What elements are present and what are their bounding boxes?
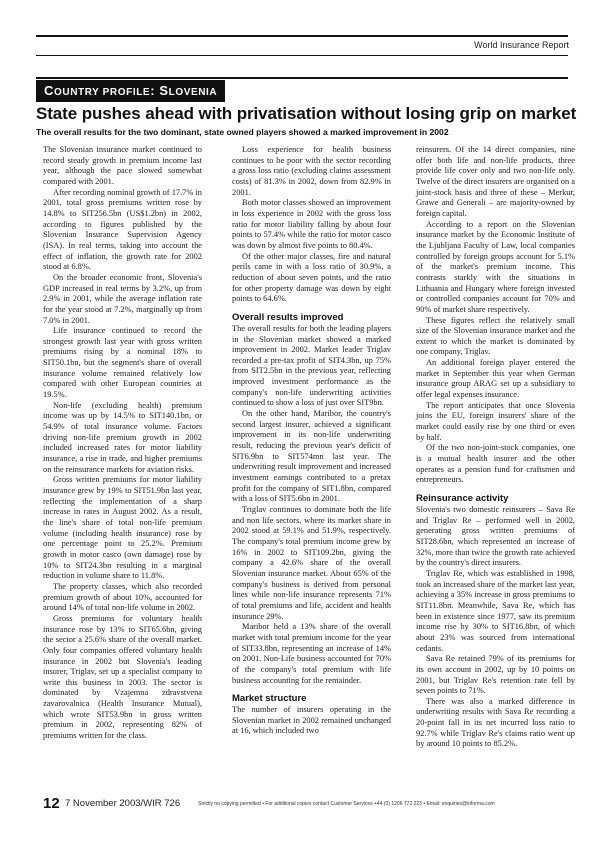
banner-text-1: C (44, 83, 54, 98)
paragraph: According to a report on the Slovenian i… (416, 220, 575, 316)
section-heading: Reinsurance activity (416, 493, 575, 504)
article-column-2: Loss experience for health business cont… (232, 145, 391, 737)
paragraph: The overall results for both the leading… (232, 324, 391, 409)
article-headline: State pushes ahead with privatisation wi… (36, 104, 566, 124)
paragraph: Of the two non-joint-stock companies, on… (416, 443, 575, 486)
paragraph: An additional foreign player entered the… (416, 358, 575, 401)
section-banner: COUNTRY PROFILE: SLOVENIA (36, 80, 225, 102)
paragraph: Loss experience for health business cont… (232, 145, 391, 198)
article-column-3: reinsurers. Of the 14 direct companies, … (416, 145, 575, 750)
article-column-1: The Slovenian insurance market continued… (43, 145, 202, 742)
paragraph: Slovenia's two domestic reinsurers – Sav… (416, 505, 575, 569)
page-number: 12 (43, 795, 60, 812)
paragraph: The property classes, which also recorde… (43, 582, 202, 614)
paragraph: Both motor classes showed an improvement… (232, 198, 391, 251)
paragraph: Life insurance continued to record the s… (43, 326, 202, 401)
issue-date: 7 November 2003/WIR 726 (65, 798, 180, 809)
article-standfirst: The overall results for the two dominant… (36, 127, 449, 137)
paragraph: Triglav Re, which was established in 199… (416, 569, 575, 654)
paragraph: Of the other major classes, fire and nat… (232, 252, 391, 305)
paragraph: On the broader economic front, Slovenia'… (43, 273, 202, 326)
header-rule-top (36, 35, 568, 37)
paragraph: The number of insurers operating in the … (232, 705, 391, 737)
banner-text-2: OUNTRY PROFILE (54, 87, 150, 98)
paragraph: Maribor held a 13% share of the overall … (232, 622, 391, 686)
paragraph: On the other hand, Maribor, the country'… (232, 409, 391, 505)
paragraph: The report anticipates that once Sloveni… (416, 401, 575, 444)
paragraph: Triglav continues to dominate both the l… (232, 505, 391, 622)
paragraph: reinsurers. Of the 14 direct companies, … (416, 145, 575, 220)
paragraph: Non-life (excluding health) premium inco… (43, 401, 202, 476)
paragraph: Sava Re retained 79% of its premiums for… (416, 654, 575, 697)
paragraph: After recording nominal growth of 17.7% … (43, 188, 202, 273)
paragraph: The Slovenian insurance market continued… (43, 145, 202, 188)
page-footer: 12 7 November 2003/WIR 726 Strictly no c… (43, 795, 573, 811)
report-title: World Insurance Report (474, 40, 569, 50)
paragraph: These figures reflect the relatively sma… (416, 316, 575, 359)
paragraph: Gross premiums for voluntary health insu… (43, 614, 202, 742)
banner-text-3: : S (150, 83, 168, 98)
header-rule-bottom (36, 55, 568, 56)
banner-rule (36, 77, 568, 79)
paragraph: There was also a marked difference in un… (416, 697, 575, 750)
paragraph: Gross written premiums for motor liabili… (43, 475, 202, 582)
section-heading: Overall results improved (232, 312, 391, 323)
section-heading: Market structure (232, 693, 391, 704)
banner-text-4: LOVENIA (169, 87, 218, 98)
copyright-notice: Strictly no copying permitted • For addi… (198, 801, 495, 807)
